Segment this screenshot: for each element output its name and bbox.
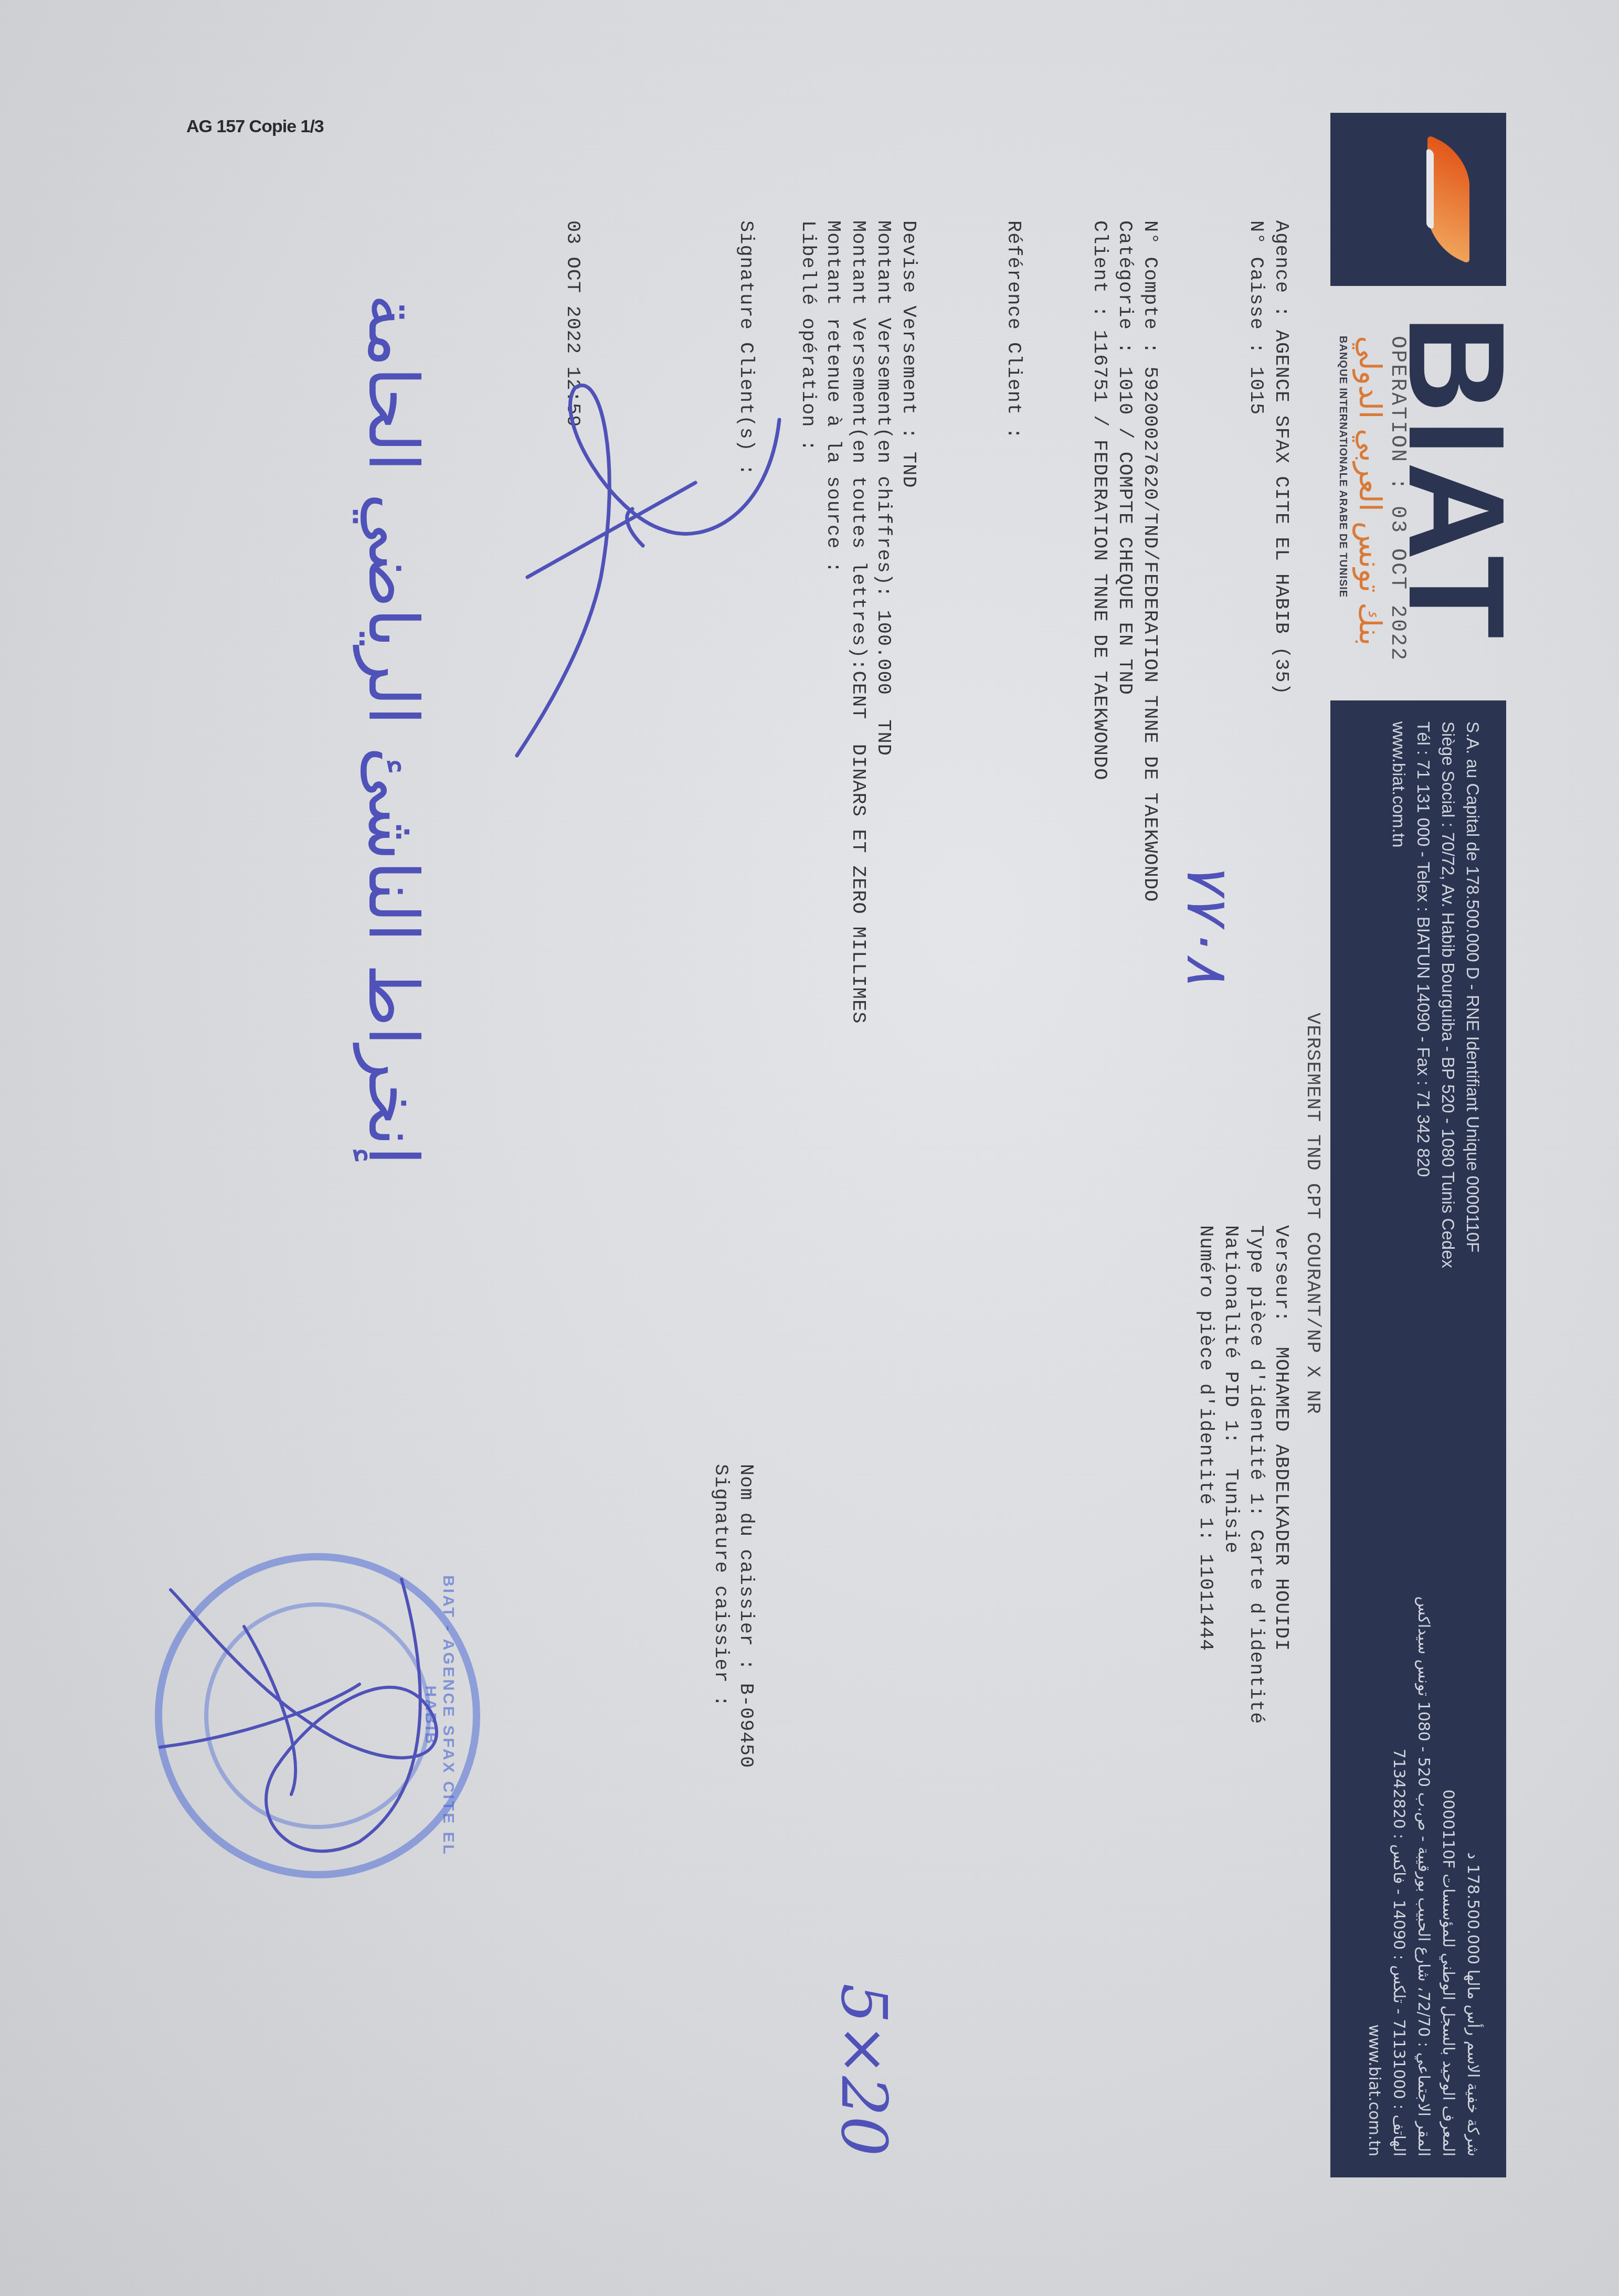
client-line: Client : 116751 / FEDERATION TNNE DE TAE… xyxy=(1087,220,1112,780)
operation-date: OPERATION : 03 OCT 2022 xyxy=(1385,336,1409,662)
scanned-paper: AG 157 Copie 1/3 BIAT OPERATION : 03 OCT… xyxy=(0,0,1619,2296)
verseur-line: Verseur: MOHAMED ABDELKADER HOUIDI xyxy=(1268,1225,1294,1651)
retenue-line: Montant retenue à la source : xyxy=(820,220,845,573)
montant-chiffres-line: Montant Versement(en chiffres): 100.000 … xyxy=(871,220,896,756)
bank-name-arabic: بنك تونس العربي الدولي xyxy=(1352,336,1388,646)
nom-caissier-line: Nom du caissier : B-09450 xyxy=(733,1464,758,1768)
header-band: S.A. au Capital de 178.500.000 D - RNE I… xyxy=(1330,700,1506,2177)
montant-lettres-line: Montant Versement(en toutes lettres):CEN… xyxy=(845,220,871,1024)
logo-swoosh-highlight xyxy=(1426,148,1434,230)
band-fr-line: S.A. au Capital de 178.500.000 D - RNE I… xyxy=(1461,721,1485,1268)
compte-line: N° Compte : 59200027620/TND/FEDERATION T… xyxy=(1137,220,1162,902)
band-fr-line: Siège Social : 70/72, Av. Habib Bourguib… xyxy=(1436,721,1461,1268)
cashier-signature-icon xyxy=(150,1548,464,1889)
band-fr-line: Tél : 71 131 000 - Telex : BIATUN 14090 … xyxy=(1411,721,1436,1268)
band-ar-line: www.biat.com.tn xyxy=(1362,1596,1387,2156)
band-ar-line: المقر الاجتماعي : 72/70، شارع الحبيب بور… xyxy=(1411,1596,1436,2156)
caisse-line: N° Caisse : 1015 xyxy=(1243,220,1268,415)
handwritten-number: ٧٧٠٨ xyxy=(1174,860,1241,984)
band-ar-line: المعرف الوحيد بالسجل الوطني للمؤسسات 000… xyxy=(1436,1596,1461,2156)
biat-logo-icon xyxy=(1330,113,1506,286)
logo-swoosh xyxy=(1427,134,1469,264)
bank-subtitle: BANQUE INTERNATIONALE ARABE DE TUNISIE xyxy=(1337,336,1349,598)
band-fr-line: www.biat.com.tn xyxy=(1387,721,1411,1268)
handwritten-arabic-note: إنخراط الناشئ الرياضي الحامة xyxy=(353,294,433,1165)
band-arabic-info: شركة خفية الاسم رأس مالها 178.500.000 د … xyxy=(1362,1596,1485,2156)
type-piece-line: Type pièce d'identité 1: Carte d'identit… xyxy=(1243,1225,1268,1724)
band-french-info: S.A. au Capital de 178.500.000 D - RNE I… xyxy=(1387,721,1485,1268)
numero-piece-line: Numéro pièce d'identité 1: 11011444 xyxy=(1193,1225,1218,1651)
band-ar-line: شركة خفية الاسم رأس مالها 178.500.000 د xyxy=(1461,1596,1485,2156)
agence-line: Agence : AGENCE SFAX CITE EL HABIB (35) xyxy=(1268,220,1294,695)
slip-title: VERSEMENT TND CPT COURANT/NP X NR xyxy=(1300,1013,1325,1415)
signature-caissier-label: Signature caissier : xyxy=(708,1464,733,1707)
band-ar-line: الهاتف : 71131000 - تلكس : 14090 - فاكس … xyxy=(1387,1596,1411,2156)
nationalite-line: Nationalité PID 1: Tunisie xyxy=(1218,1225,1243,1554)
handwritten-count: 5×20 xyxy=(827,1983,900,2156)
devise-line: Devise Versement : TND xyxy=(896,220,921,488)
deposit-slip: BIAT OPERATION : 03 OCT 2022 بنك تونس ال… xyxy=(0,0,1619,2296)
reference-client-line: Référence Client : xyxy=(1001,220,1026,440)
categorie-line: Catégorie : 1010 / COMPTE CHEQUE EN TND xyxy=(1112,220,1137,695)
client-signature-icon xyxy=(506,357,800,777)
